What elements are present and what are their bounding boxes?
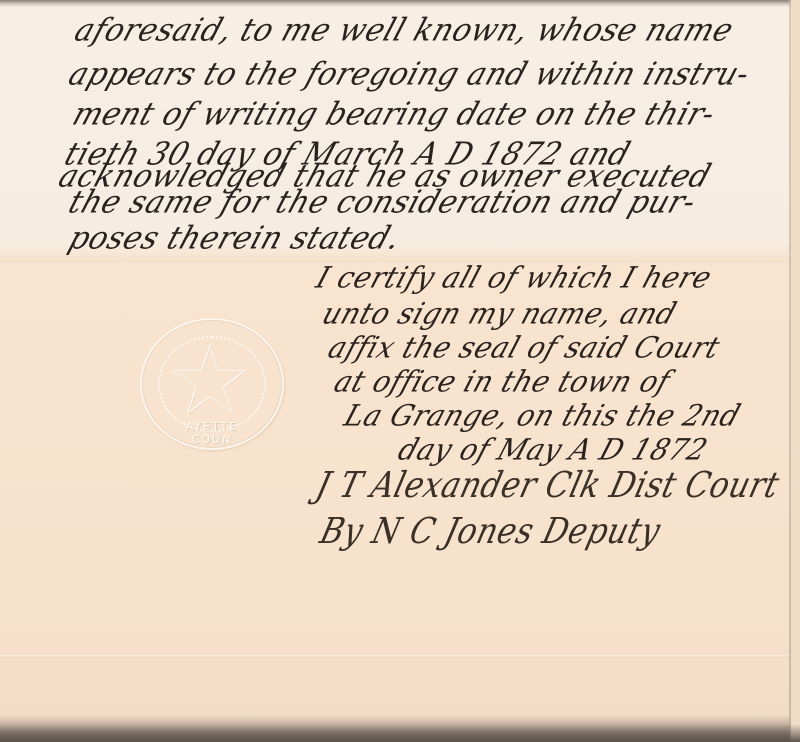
certification-line: La Grange, on this the 2nd [340, 398, 745, 433]
right-margin-strip [791, 0, 800, 742]
horizontal-fold-line [0, 655, 790, 658]
certification-line: affix the seal of said Court [324, 330, 724, 365]
body-line: aforesaid, to me well known, whose name [70, 12, 738, 49]
seal-text: AYETTE COUN [172, 420, 252, 446]
clerk-signature: J T Alexander Clk Dist Court [312, 465, 783, 506]
body-line: the same for the consideration and pur- [64, 184, 701, 221]
certification-line: unto sign my name, and [318, 296, 681, 331]
page-top-shadow [0, 0, 800, 7]
document-page: aforesaid, to me well known, whose name … [0, 0, 800, 742]
certification-line: day of May A D 1872 [394, 432, 712, 467]
deputy-signature: By N C Jones Deputy [316, 511, 665, 552]
bottom-shadow [0, 724, 800, 742]
certification-line: at office in the town of [330, 364, 675, 399]
body-line: appears to the foregoing and within inst… [64, 56, 754, 93]
star-icon [172, 342, 248, 418]
body-line: ment of writing bearing date on the thir… [68, 96, 720, 133]
certification-line: I certify all of which I here [312, 260, 716, 295]
embossed-court-seal: AYETTE COUN [140, 318, 284, 450]
body-line: poses therein stated. [64, 220, 405, 257]
